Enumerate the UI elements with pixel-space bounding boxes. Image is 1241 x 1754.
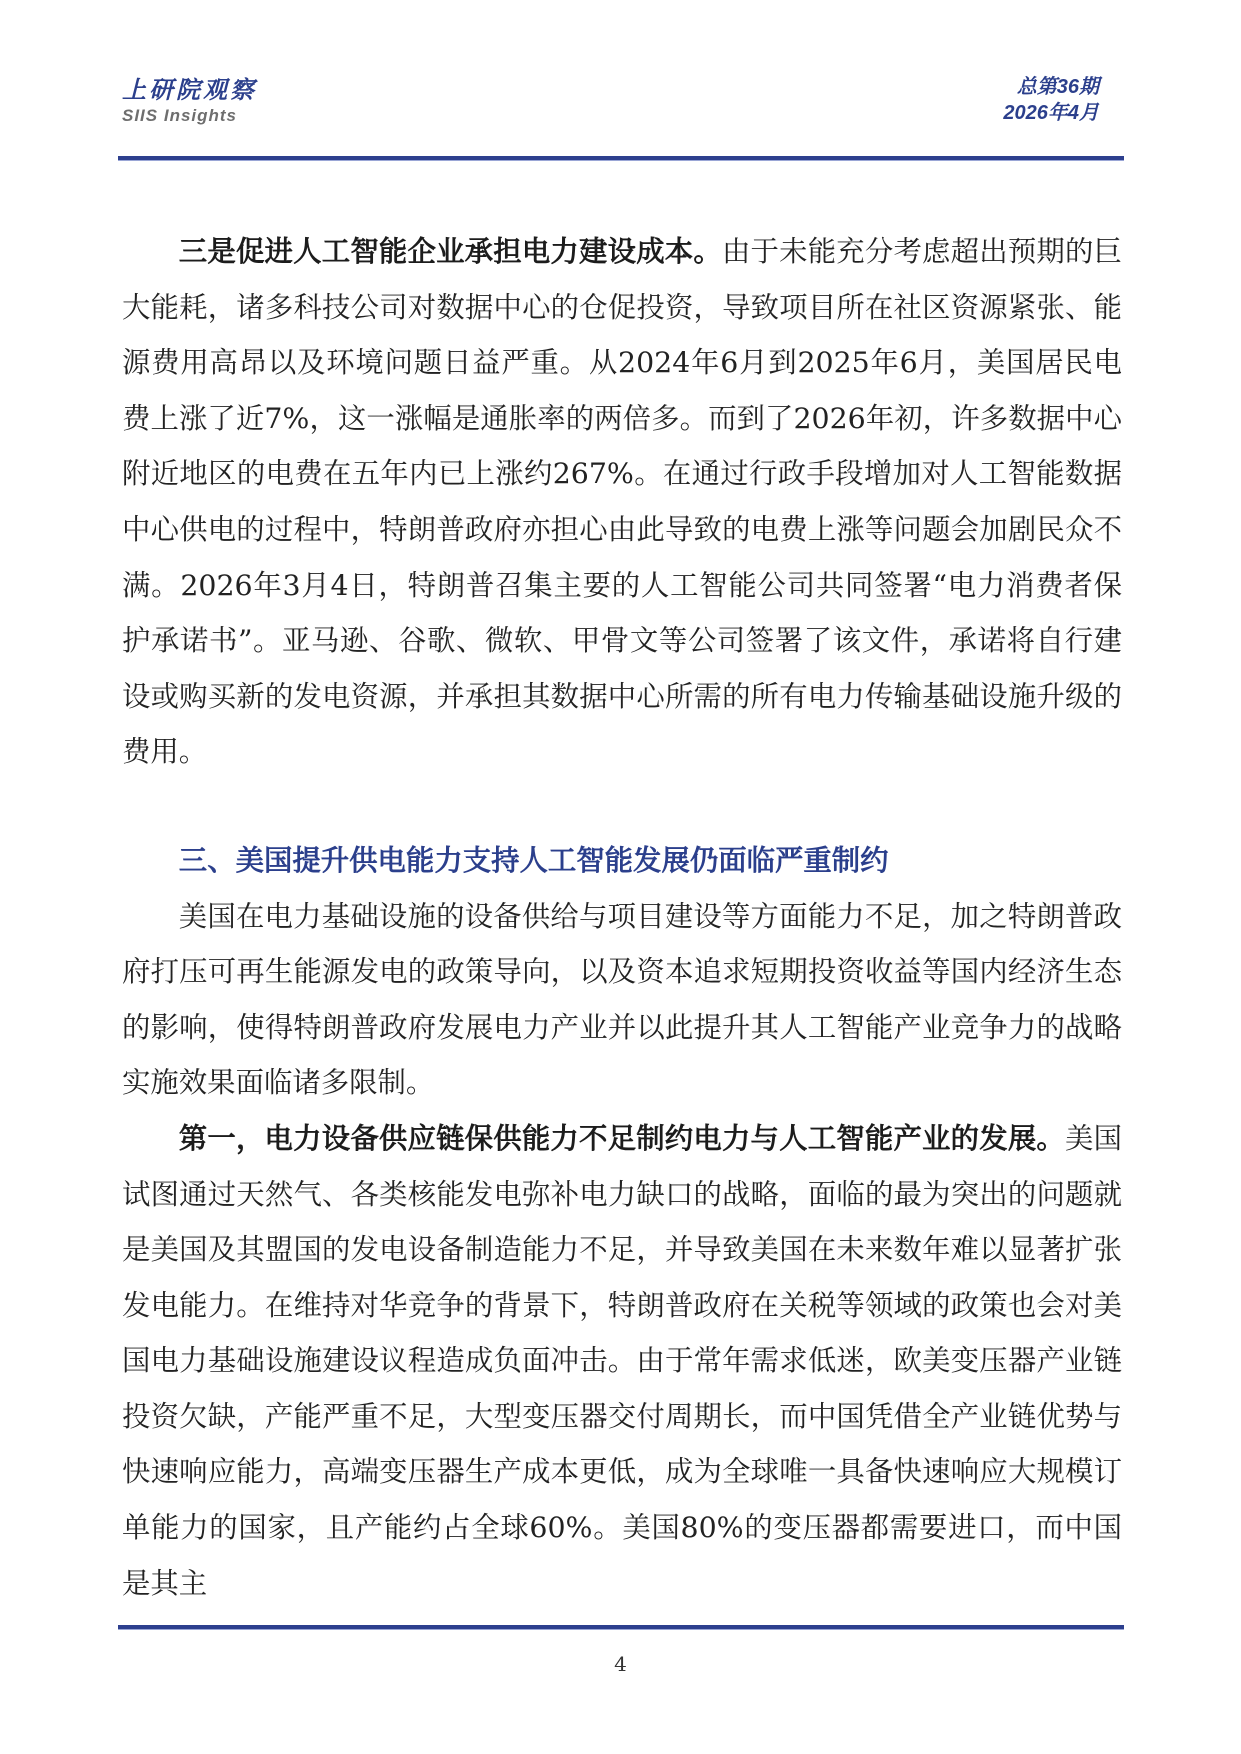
paragraph-text: 美国试图通过天然气、各类核能发电弥补电力缺口的战略，面临的最为突出的问题就是美国… [122,1122,1122,1600]
document-page: 上研院观察 SIIS Insights 总第36期 2026年4月 三是促进人工… [0,0,1241,1754]
paragraph-text: 由于未能充分考虑超出预期的巨大能耗，诸多科技公司对数据中心的仓促投资，导致项目所… [122,235,1122,768]
page-number: 4 [0,1652,1241,1676]
paragraph-electricity-costs: 三是促进人工智能企业承担电力建设成本。由于未能充分考虑超出预期的巨大能耗，诸多科… [122,224,1122,780]
paragraph-lead-bold: 三是促进人工智能企业承担电力建设成本。 [179,234,722,268]
publication-brand: 上研院观察 SIIS Insights [122,76,257,126]
brand-title-en: SIIS Insights [122,106,257,126]
paragraph-supply-chain: 第一，电力设备供应链保供能力不足制约电力与人工智能产业的发展。美国试图通过天然气… [122,1111,1122,1611]
section-spacer [122,780,1122,833]
paragraph-text: 美国在电力基础设施的设备供给与项目建设等方面能力不足，加之特朗普政府打压可再生能… [122,900,1122,1100]
section-heading: 三、美国提升供电能力支持人工智能发展仍面临严重制约 [122,833,1122,889]
footer-divider [118,1625,1124,1629]
issue-date: 2026年4月 [1003,100,1099,126]
brand-title-cn: 上研院观察 [122,76,257,104]
issue-info: 总第36期 2026年4月 [1003,74,1099,126]
article-body: 三是促进人工智能企业承担电力建设成本。由于未能充分考虑超出预期的巨大能耗，诸多科… [122,224,1122,1611]
paragraph-lead-bold: 第一，电力设备供应链保供能力不足制约电力与人工智能产业的发展。 [179,1121,1065,1155]
paragraph-section-intro: 美国在电力基础设施的设备供给与项目建设等方面能力不足，加之特朗普政府打压可再生能… [122,889,1122,1111]
issue-number: 总第36期 [1003,74,1099,100]
header-divider [118,156,1124,160]
